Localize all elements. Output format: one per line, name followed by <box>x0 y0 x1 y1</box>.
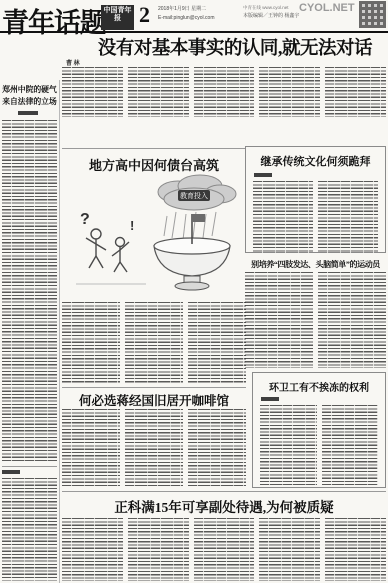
editor-line: 本版编辑／王钟的 杨鑫宇 <box>243 13 299 19</box>
cafe-body <box>62 409 246 486</box>
section-rule <box>2 466 57 467</box>
body-text-placeholder <box>245 272 313 368</box>
sanitation-body <box>260 405 378 485</box>
athletes-headline: 别培养“四肢发达、头脑简单”的运动员 <box>244 259 387 270</box>
body-text-placeholder <box>325 518 386 581</box>
date-line: 2018年1月9日 星期二 <box>158 6 206 12</box>
body-text-placeholder <box>62 409 120 486</box>
body-text-placeholder <box>260 405 317 485</box>
section-rule <box>62 148 246 149</box>
sanitation-headline: 环卫工有不挨冻的权利 <box>253 379 385 394</box>
cafe-headline: 何必选蒋经国旧居开咖啡馆 <box>62 391 246 409</box>
site-note: 中青在线 www.cyol.net <box>243 5 289 10</box>
lead-headline: 没有对基本事实的认同,就无法对话 <box>84 34 386 60</box>
body-text-placeholder <box>62 302 120 384</box>
lead-byline: 曹 林 <box>66 58 80 67</box>
section-rule <box>62 387 246 388</box>
athletes-body <box>245 272 386 368</box>
body-text-placeholder <box>253 181 313 253</box>
byline-placeholder <box>2 470 20 474</box>
body-text-placeholder <box>188 409 246 486</box>
body-text-placeholder <box>128 67 189 117</box>
school-debt-body <box>62 302 246 384</box>
byline-placeholder <box>254 173 272 177</box>
body-text-placeholder <box>188 302 246 384</box>
body-text-placeholder <box>128 518 189 581</box>
tradition-article-box: 继承传统文化何须跪拜 <box>245 146 386 253</box>
tradition-headline: 继承传统文化何须跪拜 <box>246 153 385 169</box>
body-text-placeholder <box>325 67 386 117</box>
newspaper-page: 青年话题 中国青年报 2 2018年1月9日 星期二 E-mail:pinglu… <box>0 0 388 583</box>
qr-code <box>359 1 386 28</box>
page-number: 2 <box>139 2 150 28</box>
left-article-headline-line1: 郑州中院的硬气 <box>2 84 57 95</box>
editorial-cartoon: 教育投入 ? ! <box>72 172 238 300</box>
cadre-headline: 正科满15年可享副处待遇,为何被质疑 <box>62 496 386 516</box>
body-text-placeholder <box>259 518 320 581</box>
body-text-placeholder <box>2 120 57 462</box>
body-text-placeholder <box>318 272 386 368</box>
column-divider <box>59 80 60 583</box>
email-line: E-mail:pinglun@cyol.com <box>158 15 214 21</box>
lead-body-text <box>62 67 386 117</box>
byline-placeholder <box>261 397 279 401</box>
body-text-placeholder <box>125 302 183 384</box>
section-rule <box>62 491 386 492</box>
body-text-placeholder <box>62 67 123 117</box>
cadre-body <box>62 518 386 581</box>
body-text-placeholder <box>318 181 378 253</box>
masthead-rule <box>0 31 388 33</box>
byline-placeholder <box>18 111 38 115</box>
body-text-placeholder <box>62 518 123 581</box>
tradition-body <box>253 181 378 253</box>
body-text-placeholder <box>194 67 255 117</box>
cartoon-question-mark: ? <box>80 211 90 228</box>
body-text-placeholder <box>322 405 379 485</box>
body-text-placeholder <box>194 518 255 581</box>
body-text-placeholder <box>125 409 183 486</box>
body-text-placeholder <box>259 67 320 117</box>
left-article-headline-line2: 来自法律的立场 <box>2 96 57 107</box>
cyol-brand: CYOL.NET <box>299 2 355 14</box>
sanitation-article-box: 环卫工有不挨冻的权利 <box>252 372 386 488</box>
newspaper-logo: 中国青年报 <box>101 5 134 30</box>
body-text-placeholder <box>2 478 57 581</box>
cartoon-exclamation-mark: ! <box>130 218 134 233</box>
cartoon-cloud-label: 教育投入 <box>180 191 208 200</box>
